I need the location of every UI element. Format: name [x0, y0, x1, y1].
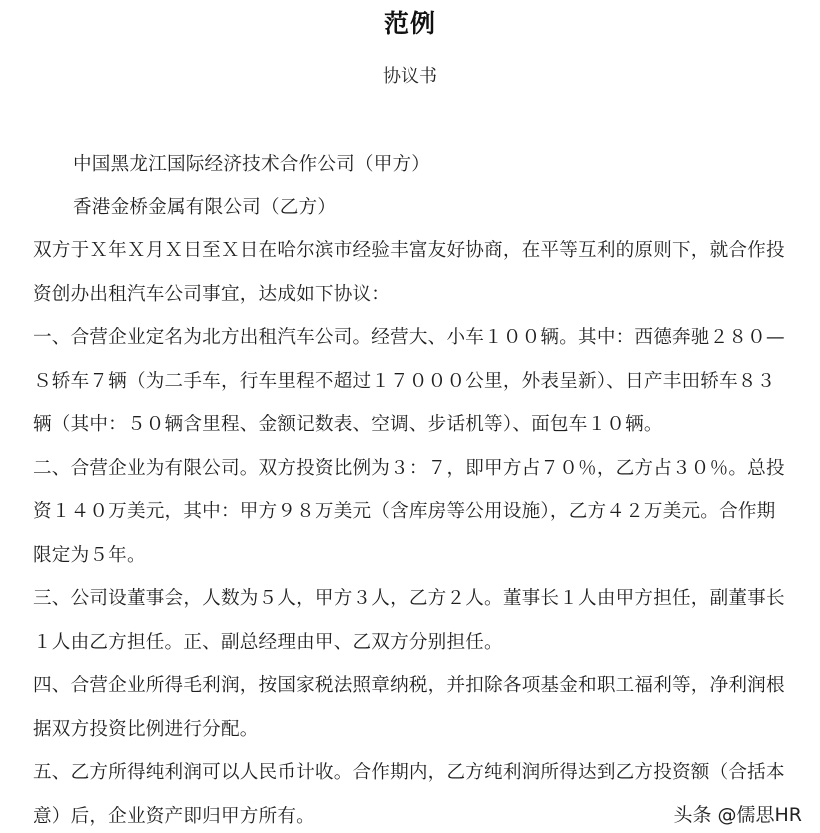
clause-2-line-2: 资１４０万美元，其中：甲方９８万美元（含库房等公用设施），乙方４２万美元。合作期: [33, 497, 775, 523]
clause-1-line-2: Ｓ轿车７辆（为二手车，行车里程不超过１７０００公里，外表呈新）、日产丰田轿车８３: [33, 367, 775, 393]
clause-2-line-1: 二、合营企业为有限公司。双方投资比例为３：７，即甲方占７０％，乙方占３０％。总投: [33, 454, 785, 480]
source-watermark: 头条 @儒思HR: [673, 800, 802, 827]
clause-1-line-1: 一、合营企业定名为北方出租汽车公司。经营大、小车１００辆。其中：西德奔驰２８０—: [33, 323, 785, 349]
document-subtitle: 协议书: [0, 62, 820, 88]
clause-5-line-1: 五、乙方所得纯利润可以人民币计收。合作期内，乙方纯利润所得达到乙方投资额（合括本: [33, 758, 785, 784]
clause-5-line-2: 意）后，企业资产即归甲方所有。: [33, 802, 315, 828]
party-b: 香港金桥金属有限公司（乙方）: [73, 193, 336, 219]
clause-4-line-2: 据双方投资比例进行分配。: [33, 715, 259, 741]
document-page: 范例 协议书 中国黑龙江国际经济技术合作公司（甲方） 香港金桥金属有限公司（乙方…: [0, 0, 820, 833]
party-a: 中国黑龙江国际经济技术合作公司（甲方）: [73, 150, 430, 176]
clause-4-line-1: 四、合营企业所得毛利润，按国家税法照章纳税，并扣除各项基金和职工福利等，净利润根: [33, 671, 785, 697]
clause-3-line-2: １人由乙方担任。正、副总经理由甲、乙双方分别担任。: [33, 628, 503, 654]
clause-2-line-3: 限定为５年。: [33, 541, 146, 567]
preamble-line-2: 资创办出租汽车公司事宜，达成如下协议：: [33, 280, 390, 306]
document-title: 范例: [0, 4, 820, 40]
clause-1-line-3: 辆（其中：５０辆含里程、金额记数表、空调、步话机等）、面包车１０辆。: [33, 410, 663, 436]
clause-3-line-1: 三、公司设董事会，人数为５人，甲方３人，乙方２人。董事长１人由甲方担任，副董事长: [33, 584, 785, 610]
preamble-line-1: 双方于Ｘ年Ｘ月Ｘ日至Ｘ日在哈尔滨市经验丰富友好协商，在平等互利的原则下，就合作投: [33, 236, 785, 262]
